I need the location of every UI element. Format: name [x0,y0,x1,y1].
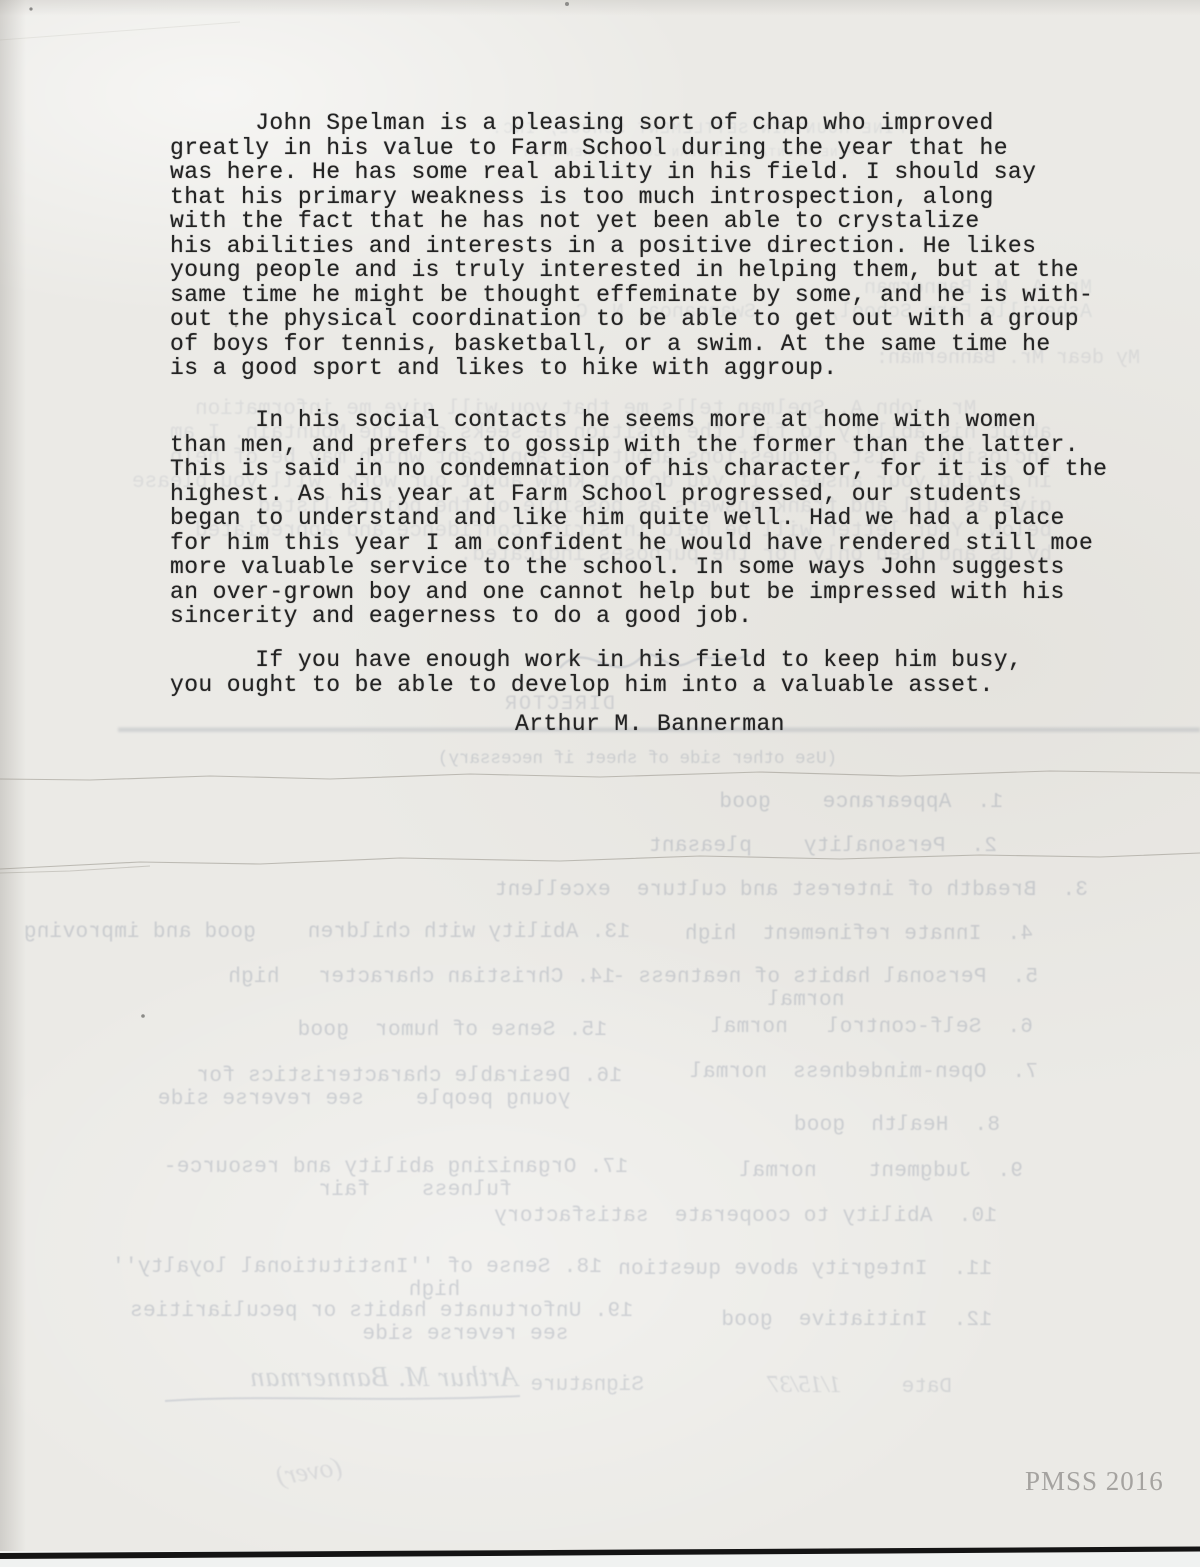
scanned-letter-page: PINE MOUNTAIN SETTLEMENT SCHOOL, INC. PI… [0,0,1200,1567]
archive-watermark: PMSS 2016 [1025,1466,1164,1497]
typed-signature: Arthur M. Bannerman [515,711,785,737]
letter-paragraph-3: If you have enough work in his field to … [170,648,1110,697]
letter-body: John Spelman is a pleasing sort of chap … [0,0,1200,1567]
letter-paragraph-1: John Spelman is a pleasing sort of chap … [170,111,1110,381]
letter-paragraph-2: In his social contacts he seems more at … [170,408,1110,629]
